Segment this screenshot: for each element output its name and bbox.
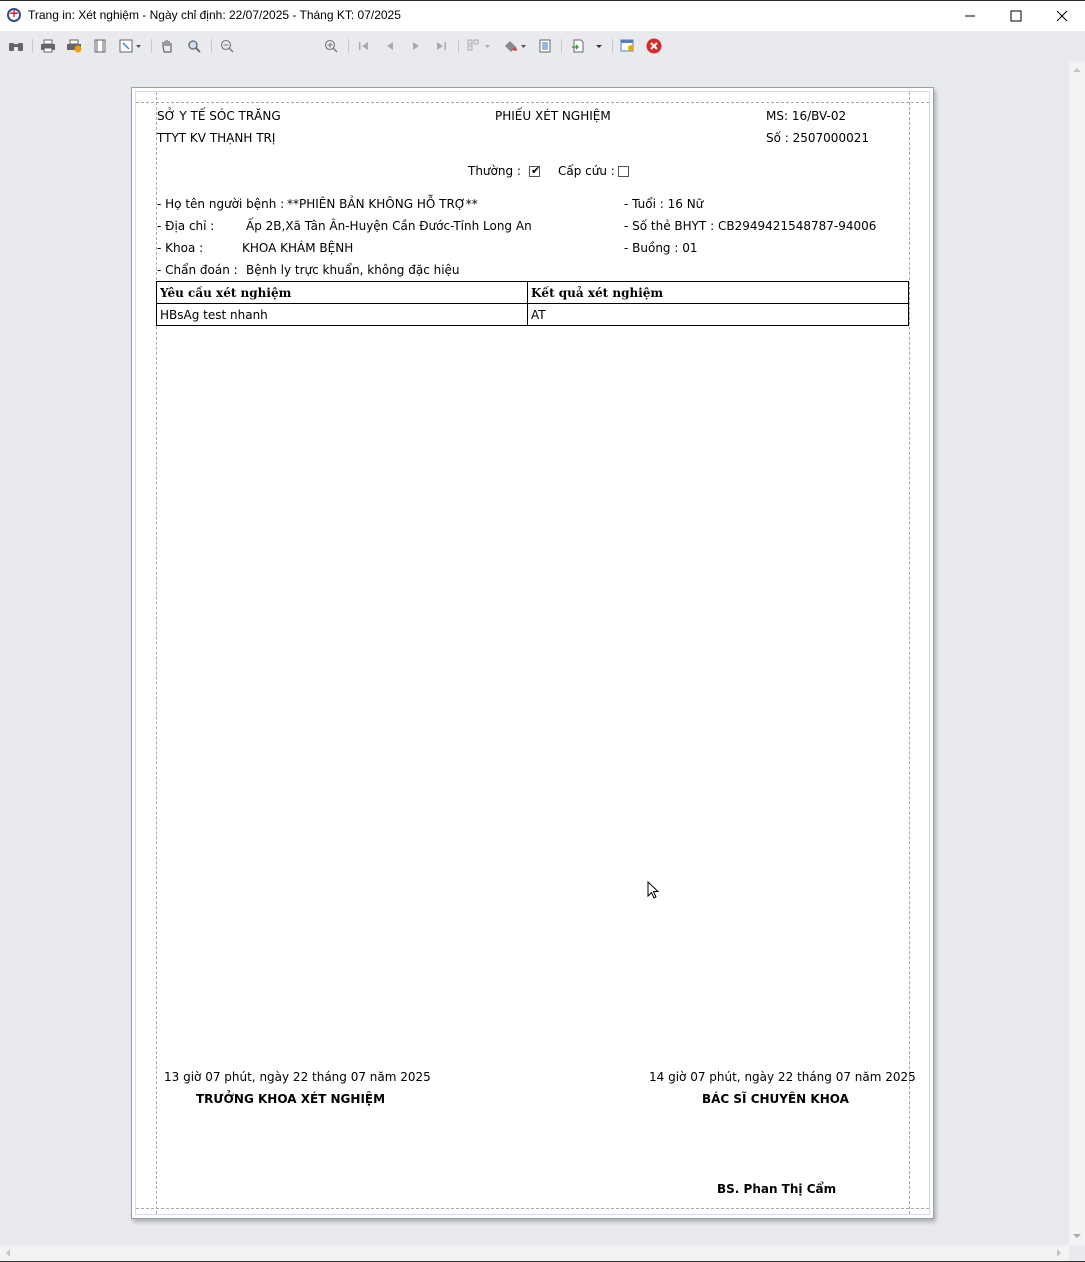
left-signature-time: 13 giờ 07 phút, ngày 22 tháng 07 năm 202…	[164, 1070, 431, 1084]
page-setup-icon	[93, 39, 107, 53]
minimize-icon	[964, 10, 976, 22]
patient-name-value: **PHIÊN BẢN KHÔNG HỖ TRỢ**	[287, 197, 478, 211]
parameters-button[interactable]	[619, 37, 637, 55]
scroll-left-icon	[5, 1249, 11, 1257]
close-button[interactable]	[1039, 1, 1085, 31]
next-page-icon	[410, 40, 422, 52]
department-label: - Khoa :	[157, 241, 203, 255]
margin-guide-left	[156, 92, 157, 1214]
department-value: KHOA KHÁM BỆNH	[242, 241, 353, 255]
paint-bucket-icon	[503, 39, 529, 53]
multiple-pages-icon	[467, 39, 493, 53]
previous-page-icon	[384, 40, 396, 52]
find-button[interactable]	[7, 37, 25, 55]
cell-test-result: AT	[528, 304, 909, 326]
magnifier-button[interactable]	[185, 37, 203, 55]
background-color-button[interactable]	[502, 37, 530, 55]
window-titlebar: Trang in: Xét nghiệm - Ngày chỉ định: 22…	[0, 0, 1085, 31]
export-icon	[571, 39, 585, 53]
priority-emergency-checkbox[interactable]	[618, 166, 629, 177]
patient-age: - Tuổi : 16 Nữ	[624, 197, 703, 211]
last-page-button[interactable]	[433, 37, 449, 55]
scrollbar-corner	[1069, 1245, 1085, 1261]
mouse-cursor-icon	[647, 881, 661, 901]
patient-name-label: - Họ tên người bệnh :	[157, 197, 284, 211]
preview-toolbar: 100%	[0, 31, 1085, 61]
maximize-button[interactable]	[993, 1, 1039, 31]
right-signature-time: 14 giờ 07 phút, ngày 22 tháng 07 năm 202…	[649, 1070, 916, 1084]
printer-icon	[40, 39, 56, 53]
address-label: - Địa chỉ :	[157, 219, 214, 233]
report-page: SỞ Y TẾ SÓC TRĂNG TTYT KV THẠNH TRỊ PHIẾ…	[131, 87, 934, 1219]
chevron-down-icon	[595, 42, 603, 50]
right-signer-name: BS. Phan Thị Cẩm	[717, 1182, 836, 1196]
scale-button[interactable]	[118, 37, 144, 55]
app-icon	[7, 8, 21, 22]
export-dropdown-button[interactable]	[592, 37, 606, 55]
export-button[interactable]	[570, 37, 586, 55]
header-test-result: Kết quả xét nghiệm	[528, 282, 909, 304]
maximize-icon	[1010, 10, 1022, 22]
priority-emergency-label: Cấp cứu :	[558, 164, 615, 178]
watermark-icon	[539, 39, 551, 53]
quick-print-button[interactable]	[65, 37, 83, 55]
table-row: HBsAg test nhanh AT	[157, 304, 909, 326]
page-setup-button[interactable]	[91, 37, 109, 55]
checkmark-icon: ✔	[531, 164, 540, 178]
first-page-icon	[358, 40, 370, 52]
hand-icon	[160, 39, 174, 53]
scroll-right-icon	[1056, 1249, 1062, 1257]
zoom-out-icon	[220, 39, 234, 53]
table-header-row: Yêu cầu xét nghiệm Kết quả xét nghiệm	[157, 282, 909, 304]
margin-guide-top	[136, 102, 929, 103]
diagnosis-value: Bệnh ly trực khuẩn, không đặc hiệu	[246, 263, 460, 277]
form-title: PHIẾU XÉT NGHIỆM	[495, 109, 611, 123]
header-test-request: Yêu cầu xét nghiệm	[157, 282, 528, 304]
org-line-2: TTYT KV THẠNH TRỊ	[157, 131, 275, 145]
right-signature-title: BÁC SĨ CHUYÊN KHOA	[702, 1092, 849, 1106]
priority-normal-label: Thường :	[468, 164, 521, 178]
zoom-in-icon	[324, 39, 338, 53]
vertical-scrollbar[interactable]	[1069, 61, 1085, 1245]
first-page-button[interactable]	[356, 37, 372, 55]
close-icon	[1056, 10, 1068, 22]
previous-page-button[interactable]	[382, 37, 398, 55]
print-button[interactable]	[39, 37, 57, 55]
window-title: Trang in: Xét nghiệm - Ngày chỉ định: 22…	[28, 8, 401, 22]
margin-guide-bottom	[136, 1208, 929, 1209]
binoculars-icon	[8, 39, 24, 53]
cell-test-name: HBsAg test nhanh	[157, 304, 528, 326]
close-preview-button[interactable]	[645, 37, 663, 55]
insurance-number: - Số thẻ BHYT : CB2949421548787-94006	[624, 219, 876, 233]
parameters-icon	[620, 39, 636, 53]
margin-guide-right	[909, 92, 910, 1214]
hand-tool-button[interactable]	[158, 37, 176, 55]
watermark-button[interactable]	[537, 37, 553, 55]
left-signature-title: TRƯỞNG KHOA XÉT NGHIỆM	[196, 1092, 385, 1106]
scale-icon	[119, 39, 143, 53]
multiple-pages-button[interactable]	[466, 37, 494, 55]
zoom-in-button[interactable]	[322, 37, 340, 55]
last-page-icon	[435, 40, 447, 52]
preview-viewport: SỞ Y TẾ SÓC TRĂNG TTYT KV THẠNH TRỊ PHIẾ…	[0, 61, 1069, 1245]
org-line-1: SỞ Y TẾ SÓC TRĂNG	[157, 109, 281, 123]
scroll-down-icon	[1073, 1233, 1081, 1239]
form-code: MS: 16/BV-02	[766, 109, 846, 123]
next-page-button[interactable]	[408, 37, 424, 55]
address-value: Ấp 2B,Xã Tân Ân-Huyện Cần Đước-Tỉnh Long…	[246, 219, 532, 233]
close-circle-icon	[646, 38, 662, 54]
diagnosis-label: - Chẩn đoán :	[157, 263, 238, 277]
quick-print-icon	[66, 39, 82, 53]
minimize-button[interactable]	[947, 1, 993, 31]
magnifier-icon	[187, 39, 201, 53]
room-number: - Buồng : 01	[624, 241, 698, 255]
priority-normal-checkbox[interactable]: ✔	[529, 166, 540, 177]
zoom-out-button[interactable]	[218, 37, 236, 55]
scroll-up-icon	[1073, 67, 1081, 73]
horizontal-scrollbar[interactable]	[0, 1245, 1069, 1261]
test-results-table: Yêu cầu xét nghiệm Kết quả xét nghiệm HB…	[156, 281, 909, 326]
form-number: Số : 2507000021	[766, 131, 869, 145]
